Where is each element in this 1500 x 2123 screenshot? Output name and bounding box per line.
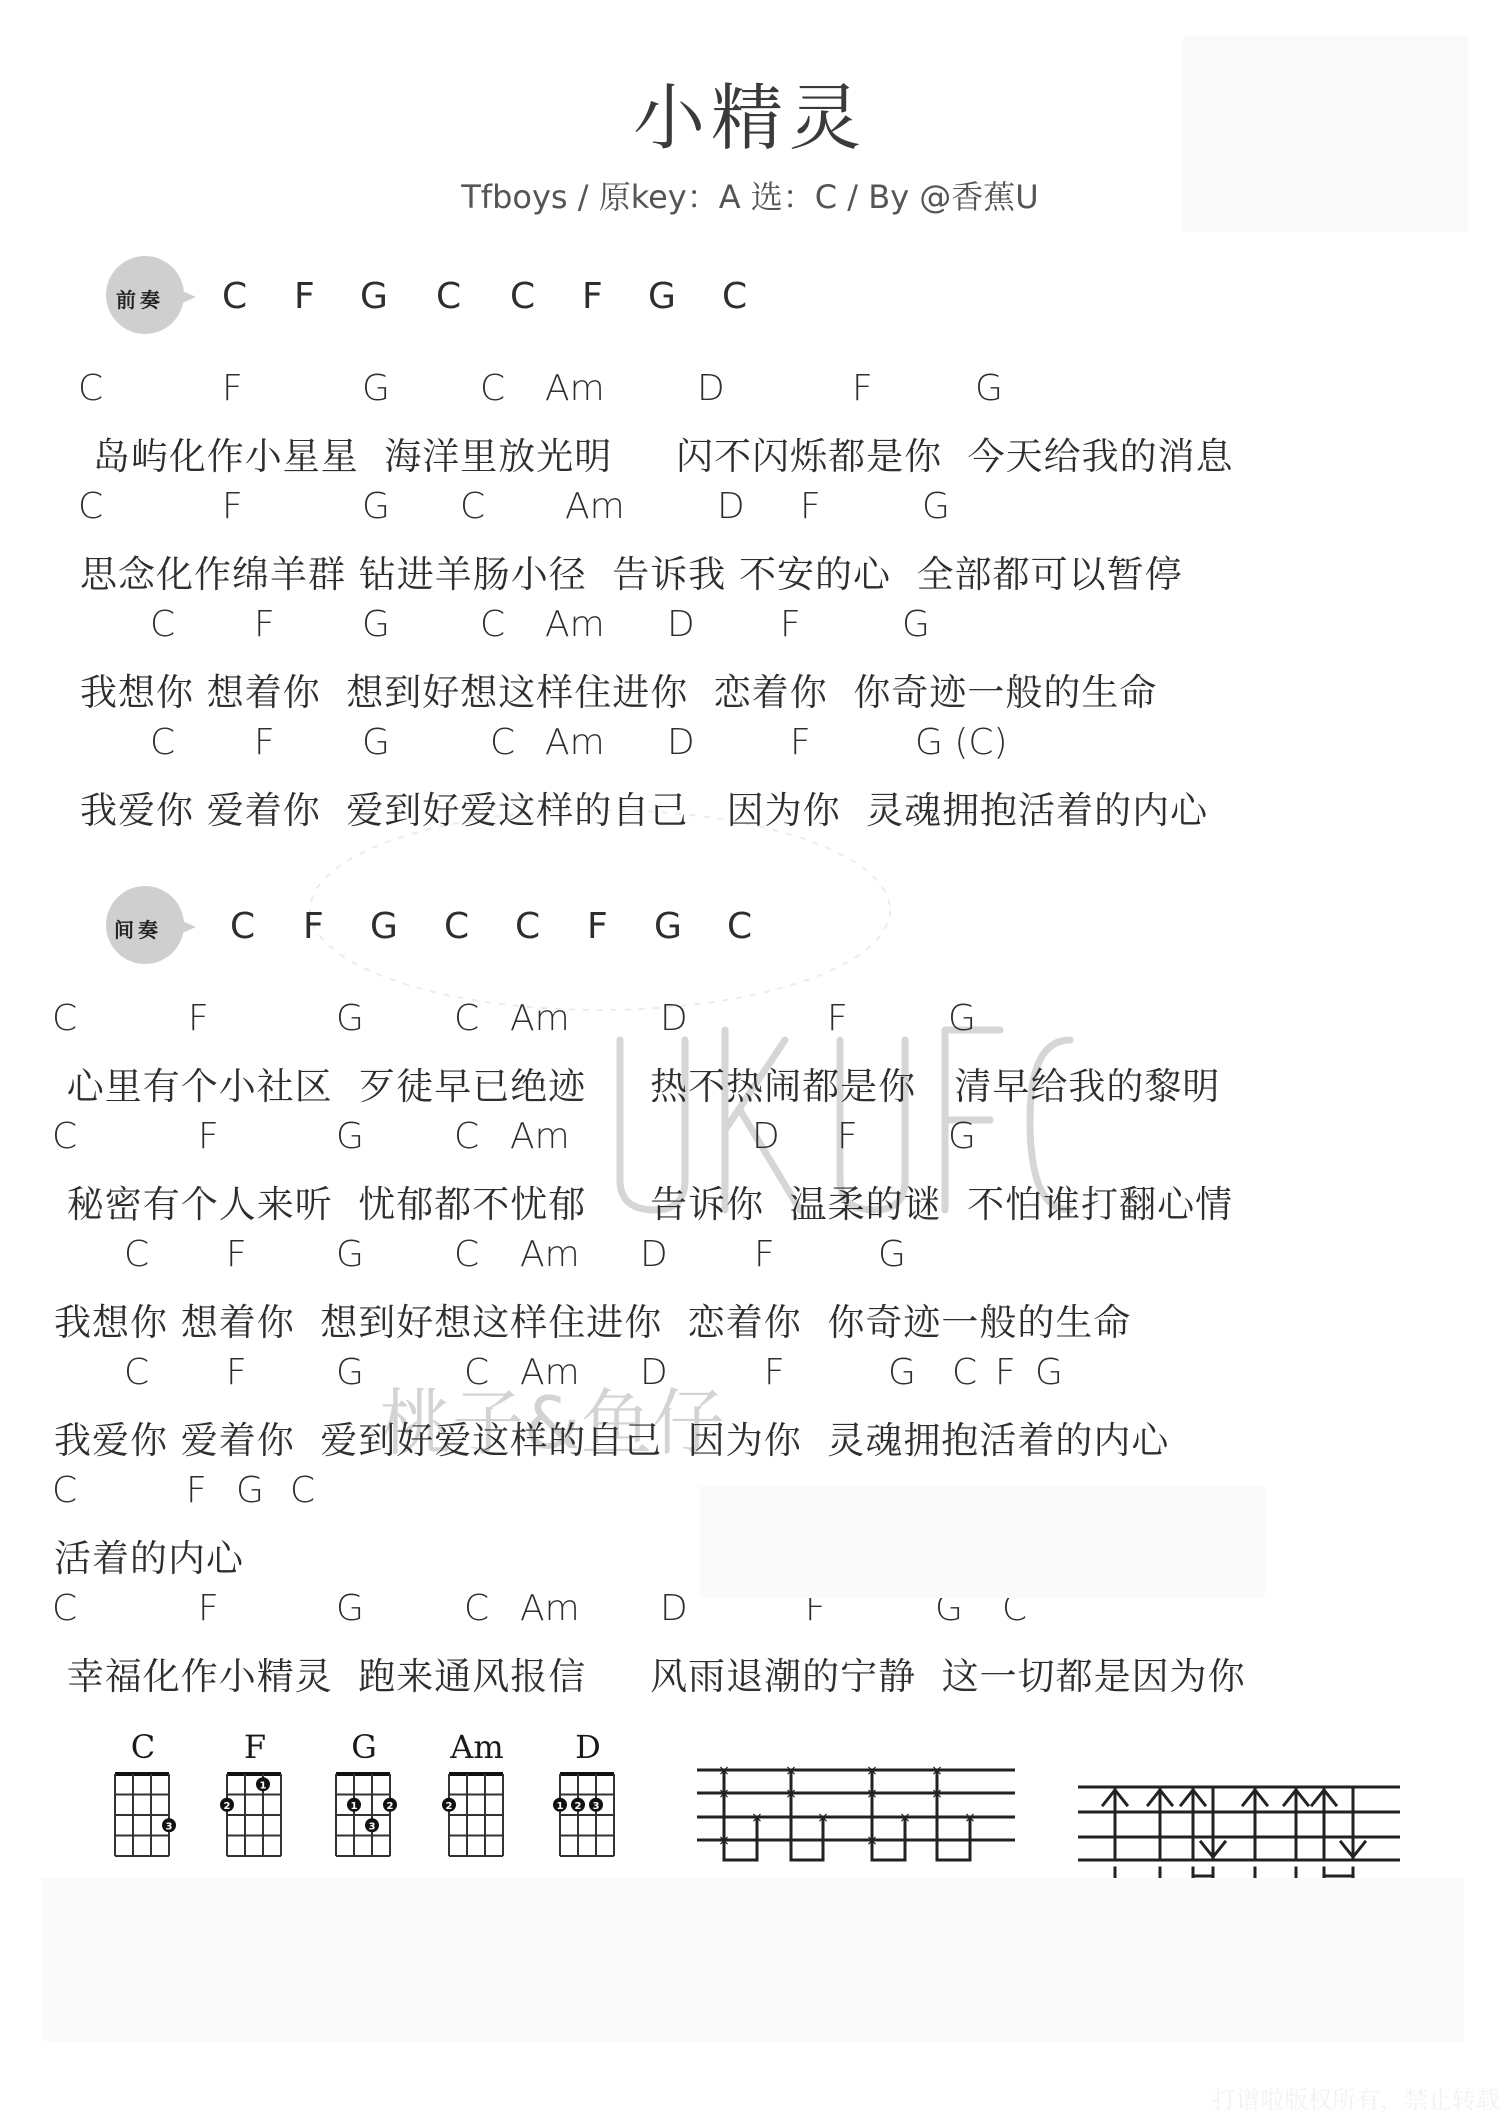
lyric-line: 我爱你 爱着你 爱到好爱这样的自己 因为你 灵魂拥抱活着的内心	[80, 780, 1208, 834]
svg-text:×: ×	[931, 1763, 943, 1779]
chord-label: Am	[565, 486, 625, 527]
chord-diagram-name: Am	[439, 1728, 515, 1766]
interlude-chord: F	[303, 906, 324, 947]
interlude-chord: C	[515, 906, 540, 947]
svg-text:×: ×	[866, 1833, 878, 1849]
svg-text:2: 2	[446, 1801, 453, 1812]
svg-text:2: 2	[224, 1801, 231, 1812]
chord-label: F	[226, 1234, 247, 1275]
chord-label: F	[254, 604, 275, 645]
chord-label: F	[188, 998, 209, 1039]
chord-label: G	[1035, 1352, 1063, 1393]
interlude-label: 间奏	[114, 914, 162, 943]
chord-label: F	[852, 368, 873, 409]
svg-text:×: ×	[718, 1763, 730, 1779]
chord-label: G	[362, 368, 390, 409]
chord-label: C	[52, 1116, 77, 1157]
chord-label: D	[697, 368, 725, 409]
chord-label: C	[490, 722, 515, 763]
bottom-placeholder	[42, 1878, 1464, 2041]
chord-label: Am	[520, 1234, 580, 1275]
chord-label: Am	[545, 604, 605, 645]
chord-label: F	[764, 1352, 785, 1393]
chord-diagram-name: G	[326, 1728, 402, 1766]
chord-label: C	[52, 998, 77, 1039]
chord-label: C	[150, 604, 175, 645]
svg-text:×: ×	[718, 1833, 730, 1849]
chord-label: C	[464, 1352, 489, 1393]
chord-label: G	[948, 998, 976, 1039]
svg-text:×: ×	[817, 1810, 829, 1826]
svg-text:2: 2	[575, 1801, 582, 1812]
chord-label: C	[464, 1588, 489, 1629]
lyric-line: 我想你 想着你 想到好想这样住进你 恋着你 你奇迹一般的生命	[54, 1292, 1131, 1346]
fingerpicking-pattern-icon: ×××× ××× ×××× ×××	[697, 1760, 1017, 1870]
chord-label: G	[948, 1116, 976, 1157]
chord-label: Am	[545, 722, 605, 763]
chord-label: F	[780, 604, 801, 645]
chord-label: C	[78, 486, 103, 527]
chord-label: G	[902, 604, 930, 645]
chord-label: G	[878, 1234, 906, 1275]
svg-text:×: ×	[866, 1786, 878, 1802]
chord-label: C	[460, 486, 485, 527]
chord-label: F	[222, 368, 243, 409]
chord-diagram-name: C	[105, 1728, 181, 1766]
chord-diagram-name: D	[550, 1728, 626, 1766]
chord-label: G	[922, 486, 950, 527]
chord-label: F	[254, 722, 275, 763]
svg-text:×: ×	[899, 1810, 911, 1826]
chord-label: G	[336, 998, 364, 1039]
strumming-pattern-icon	[1078, 1760, 1408, 1870]
chord-label: F	[790, 722, 811, 763]
chord-label: C	[480, 604, 505, 645]
intro-chord: C	[510, 276, 535, 317]
intro-chord: F	[294, 276, 315, 317]
interlude-chord: C	[727, 906, 752, 947]
chord-diagram-name: F	[217, 1728, 293, 1766]
lyric-line: 思念化作绵羊群 钻进羊肠小径 告诉我 不安的心 全部都可以暂停	[80, 544, 1183, 598]
intro-chord: C	[722, 276, 747, 317]
svg-text:×: ×	[964, 1810, 976, 1826]
intro-chord: C	[222, 276, 247, 317]
mid-placeholder	[700, 1486, 1265, 1598]
chord-label: G	[362, 604, 390, 645]
chord-label: F	[198, 1116, 219, 1157]
chord-label: C	[952, 1352, 977, 1393]
chord-label: C	[454, 1116, 479, 1157]
chord-label: D	[667, 604, 695, 645]
svg-text:1: 1	[351, 1801, 358, 1812]
svg-text:3: 3	[369, 1821, 376, 1832]
chord-label: F	[754, 1234, 775, 1275]
svg-text:×: ×	[751, 1810, 763, 1826]
chord-label: G	[362, 722, 390, 763]
chord-label: G	[336, 1116, 364, 1157]
chord-diagram-am-icon: 2	[449, 1772, 519, 1862]
interlude-chord: G	[654, 906, 682, 947]
interlude-chord: F	[587, 906, 608, 947]
interlude-chord: G	[370, 906, 398, 947]
chord-label: Am	[545, 368, 605, 409]
interlude-chord: C	[230, 906, 255, 947]
chord-label: G	[236, 1470, 264, 1511]
chord-label: G (C)	[915, 722, 1008, 763]
chord-label: D	[640, 1352, 668, 1393]
svg-text:×: ×	[785, 1763, 797, 1779]
chord-label: C	[124, 1234, 149, 1275]
chord-label: D	[667, 722, 695, 763]
chord-label: C	[454, 998, 479, 1039]
intro-chord: C	[436, 276, 461, 317]
lyric-line: 我爱你 爱着你 爱到好爱这样的自己 因为你 灵魂拥抱活着的内心	[54, 1410, 1169, 1464]
intro-chord: G	[648, 276, 676, 317]
chord-label: F	[827, 998, 848, 1039]
chord-label: G	[888, 1352, 916, 1393]
chord-label: C	[454, 1234, 479, 1275]
svg-text:1: 1	[557, 1801, 564, 1812]
chord-label: F	[995, 1352, 1016, 1393]
top-right-placeholder	[1183, 36, 1468, 232]
intro-label: 前奏	[116, 284, 164, 313]
chord-label: C	[290, 1470, 315, 1511]
svg-text:3: 3	[593, 1801, 600, 1812]
chord-label: F	[222, 486, 243, 527]
chord-label: D	[717, 486, 745, 527]
svg-text:2: 2	[387, 1801, 394, 1812]
chord-diagram-f-icon: 12	[227, 1772, 297, 1862]
lyric-line: 活着的内心	[54, 1528, 244, 1582]
chord-label: G	[336, 1234, 364, 1275]
copyright-watermark: 打谱啦版权所有，禁止转载	[1212, 2080, 1500, 2115]
chord-label: G	[975, 368, 1003, 409]
chord-label: F	[837, 1116, 858, 1157]
svg-text:3: 3	[166, 1821, 173, 1832]
chord-label: G	[336, 1588, 364, 1629]
intro-chord: F	[582, 276, 603, 317]
chord-label: C	[480, 368, 505, 409]
lyric-line: 幸福化作小精灵 跑来通风报信 风雨退潮的宁静 这一切都是因为你	[54, 1646, 1246, 1700]
chord-label: Am	[520, 1588, 580, 1629]
chord-label: C	[52, 1470, 77, 1511]
chord-label: D	[752, 1116, 780, 1157]
chord-label: D	[660, 998, 688, 1039]
svg-text:×: ×	[866, 1763, 878, 1779]
chord-label: C	[124, 1352, 149, 1393]
chord-label: F	[800, 486, 821, 527]
chord-label: D	[660, 1588, 688, 1629]
svg-text:×: ×	[785, 1786, 797, 1802]
chord-label: C	[52, 1588, 77, 1629]
interlude-chord: C	[444, 906, 469, 947]
chord-label: G	[362, 486, 390, 527]
chord-label: C	[150, 722, 175, 763]
chord-diagram-d-icon: 123	[560, 1772, 630, 1862]
chord-label: F	[198, 1588, 219, 1629]
chord-label: Am	[510, 1116, 570, 1157]
svg-text:1: 1	[260, 1780, 267, 1791]
chord-label: F	[226, 1352, 247, 1393]
lyric-line: 我想你 想着你 想到好想这样住进你 恋着你 你奇迹一般的生命	[80, 662, 1157, 716]
chord-diagram-g-icon: 123	[336, 1772, 406, 1862]
svg-text:×: ×	[718, 1786, 730, 1802]
chord-label: F	[186, 1470, 207, 1511]
lyric-line: 心里有个小社区 歹徒早已绝迹 热不热闹都是你 清早给我的黎明	[54, 1056, 1220, 1110]
chord-diagram-c-icon: 3	[115, 1772, 185, 1862]
chord-label: Am	[510, 998, 570, 1039]
intro-chord: G	[360, 276, 388, 317]
chord-label: G	[336, 1352, 364, 1393]
chord-label: D	[640, 1234, 668, 1275]
chord-label: Am	[520, 1352, 580, 1393]
lyric-line: 岛屿化作小星星 海洋里放光明 闪不闪烁都是你 今天给我的消息	[80, 426, 1234, 480]
svg-text:×: ×	[931, 1786, 943, 1802]
chord-label: C	[78, 368, 103, 409]
lyric-line: 秘密有个人来听 忧郁都不忧郁 告诉你 温柔的谜 不怕谁打翻心情	[54, 1174, 1233, 1228]
